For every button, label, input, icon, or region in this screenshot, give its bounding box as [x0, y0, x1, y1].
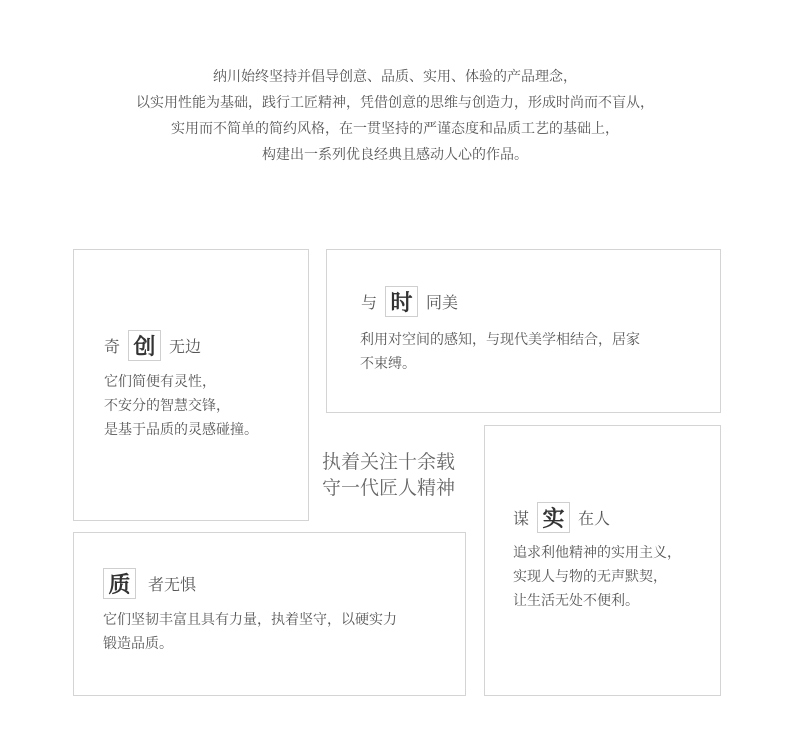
- title-prefix: 与: [361, 290, 377, 313]
- title-highlight: 时: [385, 286, 418, 317]
- intro-line: 实用而不简单的简约风格，在一贯坚持的严谨态度和品质工艺的基础上，: [0, 116, 790, 142]
- card-title: 谋 实 在人: [513, 502, 610, 533]
- card-title: 质 者无惧: [103, 568, 196, 599]
- card-description: 利用对空间的感知，与现代美学相结合，居家 不束缚。: [360, 328, 640, 376]
- title-prefix: 奇: [104, 334, 120, 357]
- intro-line: 以实用性能为基础，践行工匠精神，凭借创意的思维与创造力，形成时尚而不盲从，: [0, 90, 790, 116]
- card-title: 奇 创 无边: [104, 330, 201, 361]
- slogan-line: 守一代匠人精神: [322, 475, 455, 501]
- intro-paragraph: 纳川始终坚持并倡导创意、品质、实用、体验的产品理念， 以实用性能为基础，践行工匠…: [0, 64, 790, 168]
- card-practicality: 谋 实 在人 追求利他精神的实用主义， 实现人与物的无声默契， 让生活无处不便利…: [484, 425, 721, 696]
- description-line: 不安分的智慧交锋，: [104, 394, 258, 418]
- card-quality: 质 者无惧 它们坚韧丰富且具有力量，执着坚守，以硬实力 锻造品质。: [73, 532, 466, 696]
- title-highlight: 实: [537, 502, 570, 533]
- card-timeless: 与 时 同美 利用对空间的感知，与现代美学相结合，居家 不束缚。: [326, 249, 721, 413]
- card-description: 它们坚韧丰富且具有力量，执着坚守，以硬实力 锻造品质。: [103, 608, 397, 656]
- description-line: 是基于品质的灵感碰撞。: [104, 418, 258, 442]
- title-suffix: 无边: [169, 334, 201, 357]
- intro-line: 构建出一系列优良经典且感动人心的作品。: [0, 142, 790, 168]
- card-title: 与 时 同美: [361, 286, 458, 317]
- title-suffix: 者无惧: [148, 572, 196, 595]
- card-creativity: 奇 创 无边 它们简便有灵性， 不安分的智慧交锋， 是基于品质的灵感碰撞。: [73, 249, 309, 521]
- slogan-line: 执着关注十余载: [322, 449, 455, 475]
- description-line: 追求利他精神的实用主义，: [513, 541, 681, 565]
- title-highlight: 创: [128, 330, 161, 361]
- title-prefix: 谋: [513, 506, 529, 529]
- title-highlight: 质: [103, 568, 136, 599]
- card-description: 它们简便有灵性， 不安分的智慧交锋， 是基于品质的灵感碰撞。: [104, 370, 258, 442]
- slogan: 执着关注十余载 守一代匠人精神: [322, 449, 455, 501]
- description-line: 锻造品质。: [103, 632, 397, 656]
- description-line: 不束缚。: [360, 352, 640, 376]
- card-description: 追求利他精神的实用主义， 实现人与物的无声默契， 让生活无处不便利。: [513, 541, 681, 613]
- description-line: 它们坚韧丰富且具有力量，执着坚守，以硬实力: [103, 608, 397, 632]
- description-line: 让生活无处不便利。: [513, 589, 681, 613]
- description-line: 利用对空间的感知，与现代美学相结合，居家: [360, 328, 640, 352]
- intro-line: 纳川始终坚持并倡导创意、品质、实用、体验的产品理念，: [0, 64, 790, 90]
- description-line: 实现人与物的无声默契，: [513, 565, 681, 589]
- title-suffix: 在人: [578, 506, 610, 529]
- description-line: 它们简便有灵性，: [104, 370, 258, 394]
- title-suffix: 同美: [426, 290, 458, 313]
